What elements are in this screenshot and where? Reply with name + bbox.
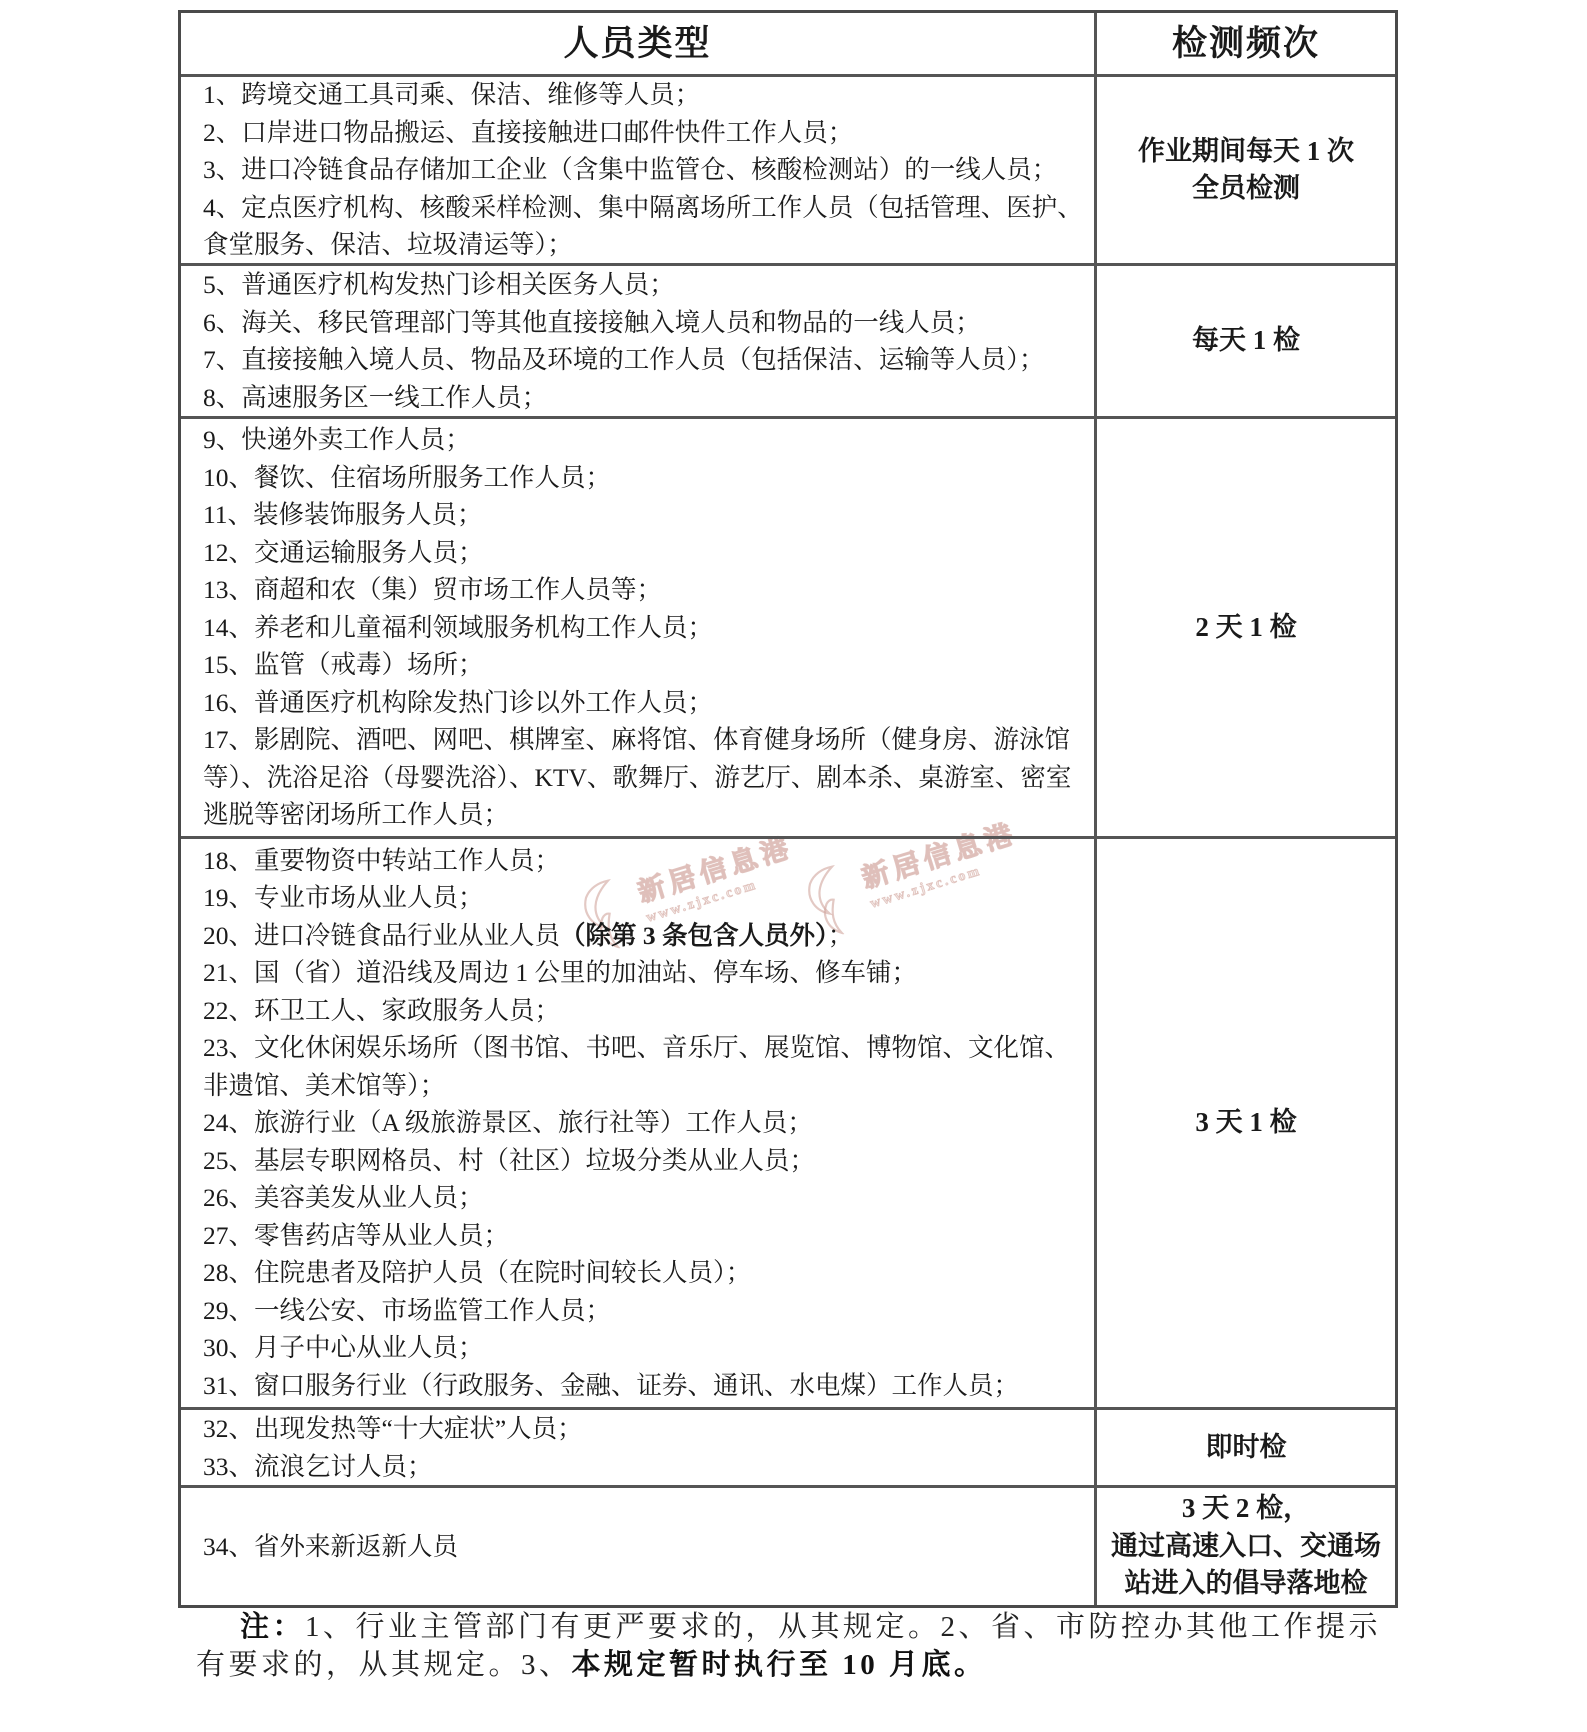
list-item: 8、高速服务区一线工作人员； — [203, 379, 1086, 417]
list-item: 2、口岸进口物品搬运、直接接触进口邮件快件工作人员； — [203, 114, 1086, 152]
list-item: 21、国（省）道沿线及周边 1 公里的加油站、停车场、修车铺； — [203, 954, 1086, 992]
list-item: 4、定点医疗机构、核酸采样检测、集中隔离场所工作人员（包括管理、医护、食堂服务、… — [203, 189, 1086, 264]
frequency-group-2: 每天 1 检 — [1097, 266, 1395, 419]
frequency-line: 通过高速入口、交通场 — [1101, 1528, 1391, 1566]
personnel-group-6: 34、省外来新返新人员 — [181, 1488, 1097, 1605]
list-item: 7、直接接触入境人员、物品及环境的工作人员（包括保洁、运输等人员）； — [203, 341, 1086, 379]
frequency-line: 全员检测 — [1101, 170, 1391, 208]
frequency-group-3: 2 天 1 检 — [1097, 419, 1395, 839]
frequency-line: 2 天 1 检 — [1101, 609, 1391, 647]
document-page: { "table": { "header": { "col1": "人员类型",… — [0, 0, 1587, 1732]
footnote-label: 注： — [240, 1611, 305, 1643]
column-header-frequency: 检测频次 — [1097, 13, 1395, 77]
list-item: 32、出现发热等“十大症状”人员； — [203, 1410, 1086, 1448]
footnote-text: 有要求的，从其规定。3、 — [196, 1649, 572, 1681]
frequency-line: 3 天 1 检 — [1101, 1104, 1391, 1142]
list-item: 23、文化休闲娱乐场所（图书馆、书吧、音乐厅、展览馆、博物馆、文化馆、非遗馆、美… — [203, 1029, 1086, 1104]
personnel-group-4: 18、重要物资中转站工作人员； 19、专业市场从业人员； 20、进口冷链食品行业… — [181, 839, 1097, 1410]
frequency-line: 作业期间每天 1 次 — [1101, 133, 1391, 171]
list-item: 19、专业市场从业人员； — [203, 879, 1086, 917]
list-item: 6、海关、移民管理部门等其他直接接触入境人员和物品的一线人员； — [203, 304, 1086, 342]
list-item: 20、进口冷链食品行业从业人员（除第 3 条包含人员外）； — [203, 917, 1086, 955]
list-item: 13、商超和农（集）贸市场工作人员等； — [203, 571, 1086, 609]
list-item: 10、餐饮、住宿场所服务工作人员； — [203, 459, 1086, 497]
list-item: 31、窗口服务行业（行政服务、金融、证券、通讯、水电煤）工作人员； — [203, 1367, 1086, 1405]
frequency-line: 站进入的倡导落地检 — [1101, 1565, 1391, 1603]
frequency-group-4: 3 天 1 检 — [1097, 839, 1395, 1410]
frequency-line: 3 天 2 检， — [1101, 1490, 1391, 1528]
list-item: 25、基层专职网格员、村（社区）垃圾分类从业人员； — [203, 1142, 1086, 1180]
list-item: 5、普通医疗机构发热门诊相关医务人员； — [203, 266, 1086, 304]
list-item: 30、月子中心从业人员； — [203, 1329, 1086, 1367]
list-item-text: 20、进口冷链食品行业从业人员 — [203, 921, 560, 950]
frequency-line: 每天 1 检 — [1101, 322, 1391, 360]
footnote-bold-text: 本规定暂时执行至 10 月底。 — [572, 1649, 987, 1681]
personnel-group-5: 32、出现发热等“十大症状”人员； 33、流浪乞讨人员； — [181, 1410, 1097, 1488]
list-item: 34、省外来新返新人员 — [203, 1528, 1086, 1566]
list-item-bold: （除第 3 条包含人员外） — [560, 921, 828, 950]
list-item: 27、零售药店等从业人员； — [203, 1217, 1086, 1255]
list-item: 14、养老和儿童福利领域服务机构工作人员； — [203, 609, 1086, 647]
footnote-line-2: 有要求的，从其规定。3、本规定暂时执行至 10 月底。 — [196, 1646, 1424, 1684]
list-item: 22、环卫工人、家政服务人员； — [203, 992, 1086, 1030]
list-item: 3、进口冷链食品存储加工企业（含集中监管仓、核酸检测站）的一线人员； — [203, 151, 1086, 189]
footnote-text: 1、行业主管部门有更严要求的，从其规定。2、省、市防控办其他工作提示 — [305, 1611, 1381, 1643]
list-item: 9、快递外卖工作人员； — [203, 421, 1086, 459]
list-item: 12、交通运输服务人员； — [203, 534, 1086, 572]
list-item: 1、跨境交通工具司乘、保洁、维修等人员； — [203, 77, 1086, 114]
column-header-personnel-type: 人员类型 — [181, 13, 1097, 77]
personnel-group-1: 1、跨境交通工具司乘、保洁、维修等人员； 2、口岸进口物品搬运、直接接触进口邮件… — [181, 77, 1097, 266]
list-item: 33、流浪乞讨人员； — [203, 1448, 1086, 1486]
frequency-line: 即时检 — [1101, 1429, 1391, 1467]
list-item: 15、监管（戒毒）场所； — [203, 646, 1086, 684]
list-item-text: ； — [828, 921, 854, 950]
testing-frequency-table: 人员类型 检测频次 1、跨境交通工具司乘、保洁、维修等人员； 2、口岸进口物品搬… — [178, 10, 1398, 1608]
list-item: 16、普通医疗机构除发热门诊以外工作人员； — [203, 684, 1086, 722]
list-item: 11、装修装饰服务人员； — [203, 496, 1086, 534]
list-item: 17、影剧院、酒吧、网吧、棋牌室、麻将馆、体育健身场所（健身房、游泳馆等）、洗浴… — [203, 721, 1086, 834]
frequency-group-1: 作业期间每天 1 次 全员检测 — [1097, 77, 1395, 266]
frequency-group-5: 即时检 — [1097, 1410, 1395, 1488]
list-item: 29、一线公安、市场监管工作人员； — [203, 1292, 1086, 1330]
list-item: 24、旅游行业（A 级旅游景区、旅行社等）工作人员； — [203, 1104, 1086, 1142]
list-item: 28、住院患者及陪护人员（在院时间较长人员）； — [203, 1254, 1086, 1292]
footnote-line-1: 注：1、行业主管部门有更严要求的，从其规定。2、省、市防控办其他工作提示 — [196, 1608, 1424, 1646]
frequency-group-6: 3 天 2 检， 通过高速入口、交通场 站进入的倡导落地检 — [1097, 1488, 1395, 1605]
list-item: 18、重要物资中转站工作人员； — [203, 842, 1086, 880]
personnel-group-3: 9、快递外卖工作人员； 10、餐饮、住宿场所服务工作人员； 11、装修装饰服务人… — [181, 419, 1097, 839]
footnote: 注：1、行业主管部门有更严要求的，从其规定。2、省、市防控办其他工作提示 有要求… — [196, 1608, 1424, 1684]
list-item: 26、美容美发从业人员； — [203, 1179, 1086, 1217]
personnel-group-2: 5、普通医疗机构发热门诊相关医务人员； 6、海关、移民管理部门等其他直接接触入境… — [181, 266, 1097, 419]
